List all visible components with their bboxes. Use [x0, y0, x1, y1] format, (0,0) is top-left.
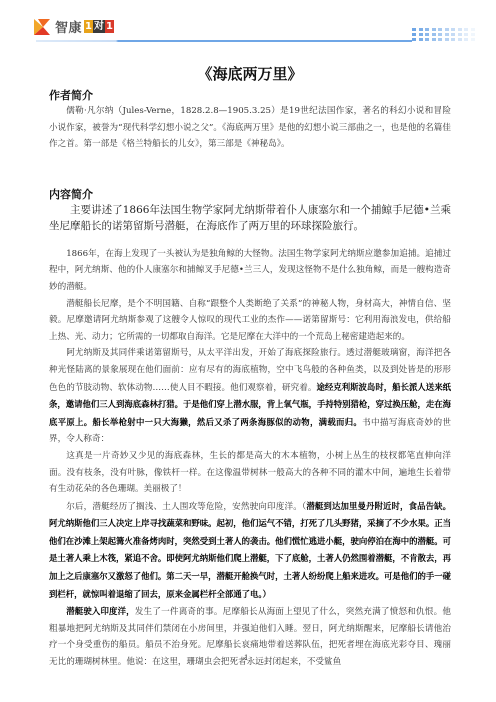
- header-divider: [36, 40, 412, 42]
- decorative-dots-icon: [412, 28, 478, 46]
- story-paragraph-6: 潜艇驶入印度洋，发生了一件离奇的事。尼摩船长从海面上望见了什么，突然充满了愤怒和…: [49, 603, 451, 670]
- document-body: 《海底两万里》 作者简介 儒勒·凡尔纳（Jules-Verne，1828.2.8…: [49, 60, 451, 671]
- logo-badge-dui: 对: [93, 20, 105, 33]
- logo-badge-1b: 1: [105, 20, 114, 33]
- brand-logo: 智康 1对1: [34, 17, 114, 36]
- logo-badge-1: 1: [84, 20, 93, 33]
- author-paragraph: 儒勒·凡尔纳（Jules-Verne，1828.2.8—1905.3.25）是1…: [49, 103, 451, 153]
- page-header: 智康 1对1: [0, 0, 496, 50]
- logo-mark-icon: [34, 19, 50, 35]
- content-summary: 主要讲述了1866年法国生物学家阿尤纳斯带着仆人康塞尔和一个捕鲸手尼德•兰乘坐尼…: [49, 202, 451, 234]
- paragraph-bold-text: 潜艇驶入印度洋，: [66, 606, 135, 616]
- story-paragraph-3: 阿尤纳斯及其同伴乘诺第留斯号，从太平洋出发，开始了海底探险旅行。透过潜艇玻璃窗，…: [49, 345, 451, 448]
- paragraph-text: 潜艇船长尼摩，是个不明国籍、自称“跟整个人类断绝了关系”的神秘人物，身材高大，神…: [49, 299, 451, 342]
- page-number: 1: [244, 654, 248, 662]
- paragraph-text: 这真是一片奇妙又少见的海底森林，生长的都是高大的木本植物，小树上丛生的枝杈都笔直…: [49, 451, 451, 494]
- logo-text: 智康: [55, 17, 82, 36]
- paragraph-text: 1866年，在海上发现了一头被认为是独角鲸的大怪物。法国生物学家阿尤纳斯应邀参加…: [49, 249, 451, 292]
- logo-badge: 1对1: [84, 20, 114, 33]
- story-paragraph-4: 这真是一片奇妙又少见的海底森林，生长的都是高大的木本植物，小树上丛生的枝杈都笔直…: [49, 448, 451, 498]
- story-paragraph-2: 潜艇船长尼摩，是个不明国籍、自称“跟整个人类断绝了关系”的神秘人物，身材高大，神…: [49, 296, 451, 346]
- document-title: 《海底两万里》: [49, 60, 451, 88]
- paragraph-bold-text: 潜艇到达加里曼丹附近时，食品告缺。阿尤纳斯他们三人决定上岸寻找蔬菜和野味。起初，…: [49, 501, 451, 599]
- author-heading: 作者简介: [49, 88, 451, 103]
- story-paragraph-1: 1866年，在海上发现了一头被认为是独角鲸的大怪物。法国生物学家阿尤纳斯应邀参加…: [49, 246, 451, 296]
- paragraph-text: 尔后，潜艇经历了搁浅、土人围攻等危险，安然驶向印度洋。（: [66, 502, 306, 512]
- content-heading: 内容简介: [49, 187, 451, 202]
- story-paragraph-5: 尔后，潜艇经历了搁浅、土人围攻等危险，安然驶向印度洋。（潜艇到达加里曼丹附近时，…: [49, 498, 451, 604]
